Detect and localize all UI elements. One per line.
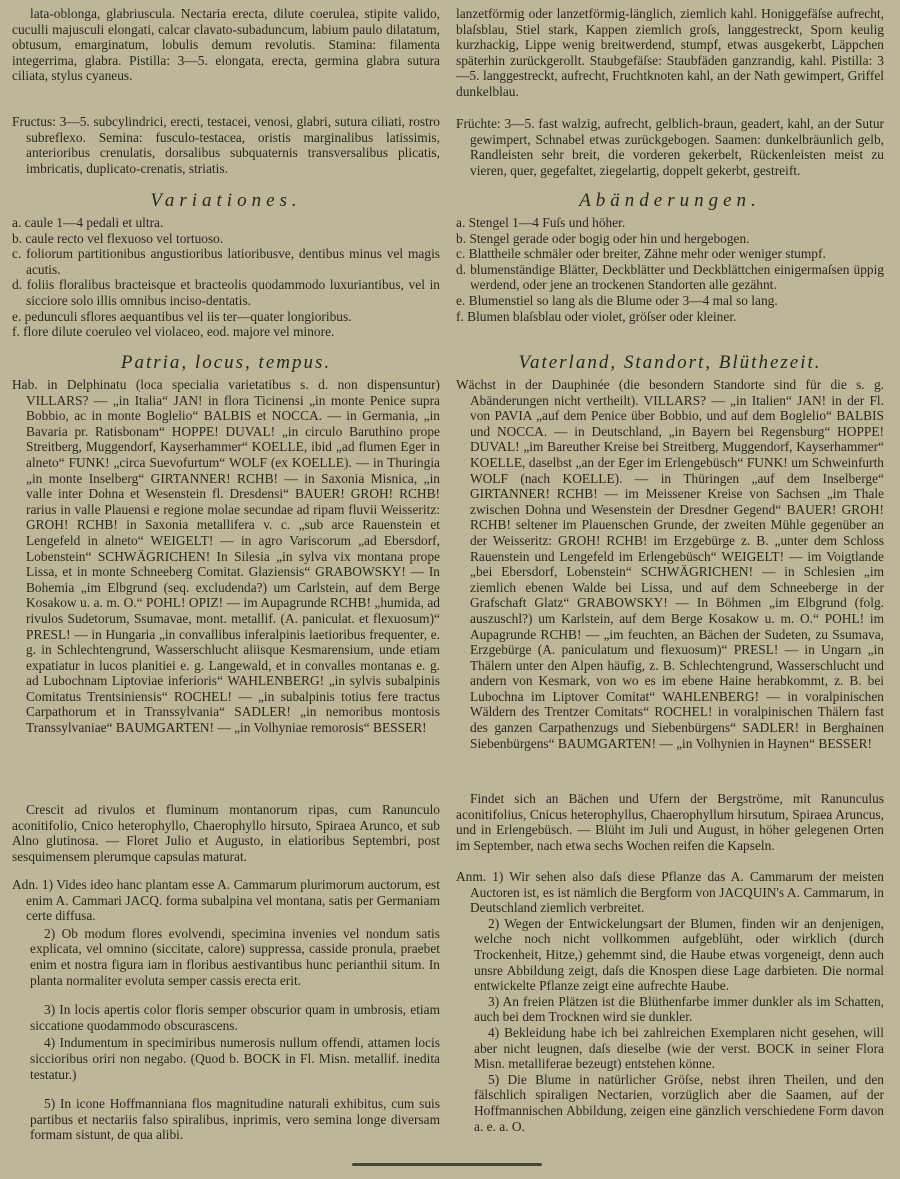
list-item: f. flore dilute coeruleo vel violaceo, e… [12, 324, 440, 340]
list-item: b. Stengel gerade oder bogig oder hin un… [456, 231, 884, 247]
list-item: e. Blumenstiel so lang als die Blume ode… [456, 293, 884, 309]
variationes-heading: Variationes. [12, 190, 440, 212]
list-item: a. caule 1—4 pedali et ultra. [12, 215, 440, 231]
fructus-paragraph: Fructus: 3—5. subcylindrici, erecti, tes… [12, 114, 440, 176]
list-item: d. foliis floralibus bracteisque et brac… [12, 277, 440, 308]
abaenderungen-list: a. Stengel 1—4 Fuſs und höher. b. Stenge… [456, 215, 884, 324]
note-2: 2) Ob modum flores evolvendi, specimina … [12, 926, 440, 988]
anm-1: Anm. 1) Wir sehen also daſs diese Pflanz… [456, 869, 884, 916]
note-1: Adn. 1) Vides ideo hanc plantam esse A. … [12, 877, 440, 924]
findet-paragraph: Findet sich an Bächen und Ufern der Berg… [456, 791, 884, 853]
variationes-list: a. caule 1—4 pedali et ultra. b. caule r… [12, 215, 440, 340]
anm-5: 5) Die Blume in natürlicher Gröſse, nebs… [456, 1072, 884, 1134]
list-item: c. foliorum partitionibus angustioribus … [12, 246, 440, 277]
abaenderungen-heading: Abänderungen. [456, 190, 884, 212]
list-item: c. Blattheile schmäler oder breiter, Zäh… [456, 246, 884, 262]
anm-2: 2) Wegen der Entwickelungsart der Blumen… [456, 916, 884, 994]
description-continuation: lata-oblonga, glabriuscula. Nectaria ere… [12, 6, 440, 84]
anmerkungen: Anm. 1) Wir sehen also daſs diese Pflanz… [456, 869, 884, 1134]
fruechte-paragraph: Früchte: 3—5. fast walzig, aufrecht, gel… [456, 116, 884, 178]
scanned-page: lata-oblonga, glabriuscula. Nectaria ere… [0, 0, 900, 1179]
list-item: b. caule recto vel flexuoso vel tortuoso… [12, 231, 440, 247]
description-continuation-de: lanzetförmig oder lanzetförmig-länglich,… [456, 6, 884, 100]
crescit-paragraph: Crescit ad rivulos et fluminum montanoru… [12, 802, 440, 864]
end-rule [352, 1163, 542, 1166]
note-4: 4) Indumentum in specimiribus numerosis … [12, 1035, 440, 1082]
anm-3: 3) An freien Plätzen ist die Blüthenfarb… [456, 994, 884, 1025]
waechst-paragraph: Wächst in der Dauphinée (die besondern S… [456, 377, 884, 751]
patria-heading: Patria, locus, tempus. [12, 352, 440, 374]
note-5: 5) In icone Hoffmanniana flos magnitudin… [12, 1096, 440, 1143]
list-item: f. Blumen blaſsblau oder violet, gröſser… [456, 309, 884, 325]
list-item: e. pedunculi sflores aequantibus vel iis… [12, 309, 440, 325]
list-item: d. blumenständige Blätter, Deckblätter u… [456, 262, 884, 293]
list-item: a. Stengel 1—4 Fuſs und höher. [456, 215, 884, 231]
vaterland-heading: Vaterland, Standort, Blüthezeit. [456, 352, 884, 374]
anm-4: 4) Bekleidung habe ich bei zahlreichen E… [456, 1025, 884, 1072]
note-3: 3) In locis apertis color floris semper … [12, 1002, 440, 1033]
adnotationes: Adn. 1) Vides ideo hanc plantam esse A. … [12, 877, 440, 1143]
habitat-paragraph: Hab. in Delphinatu (loca specialia varie… [12, 377, 440, 736]
